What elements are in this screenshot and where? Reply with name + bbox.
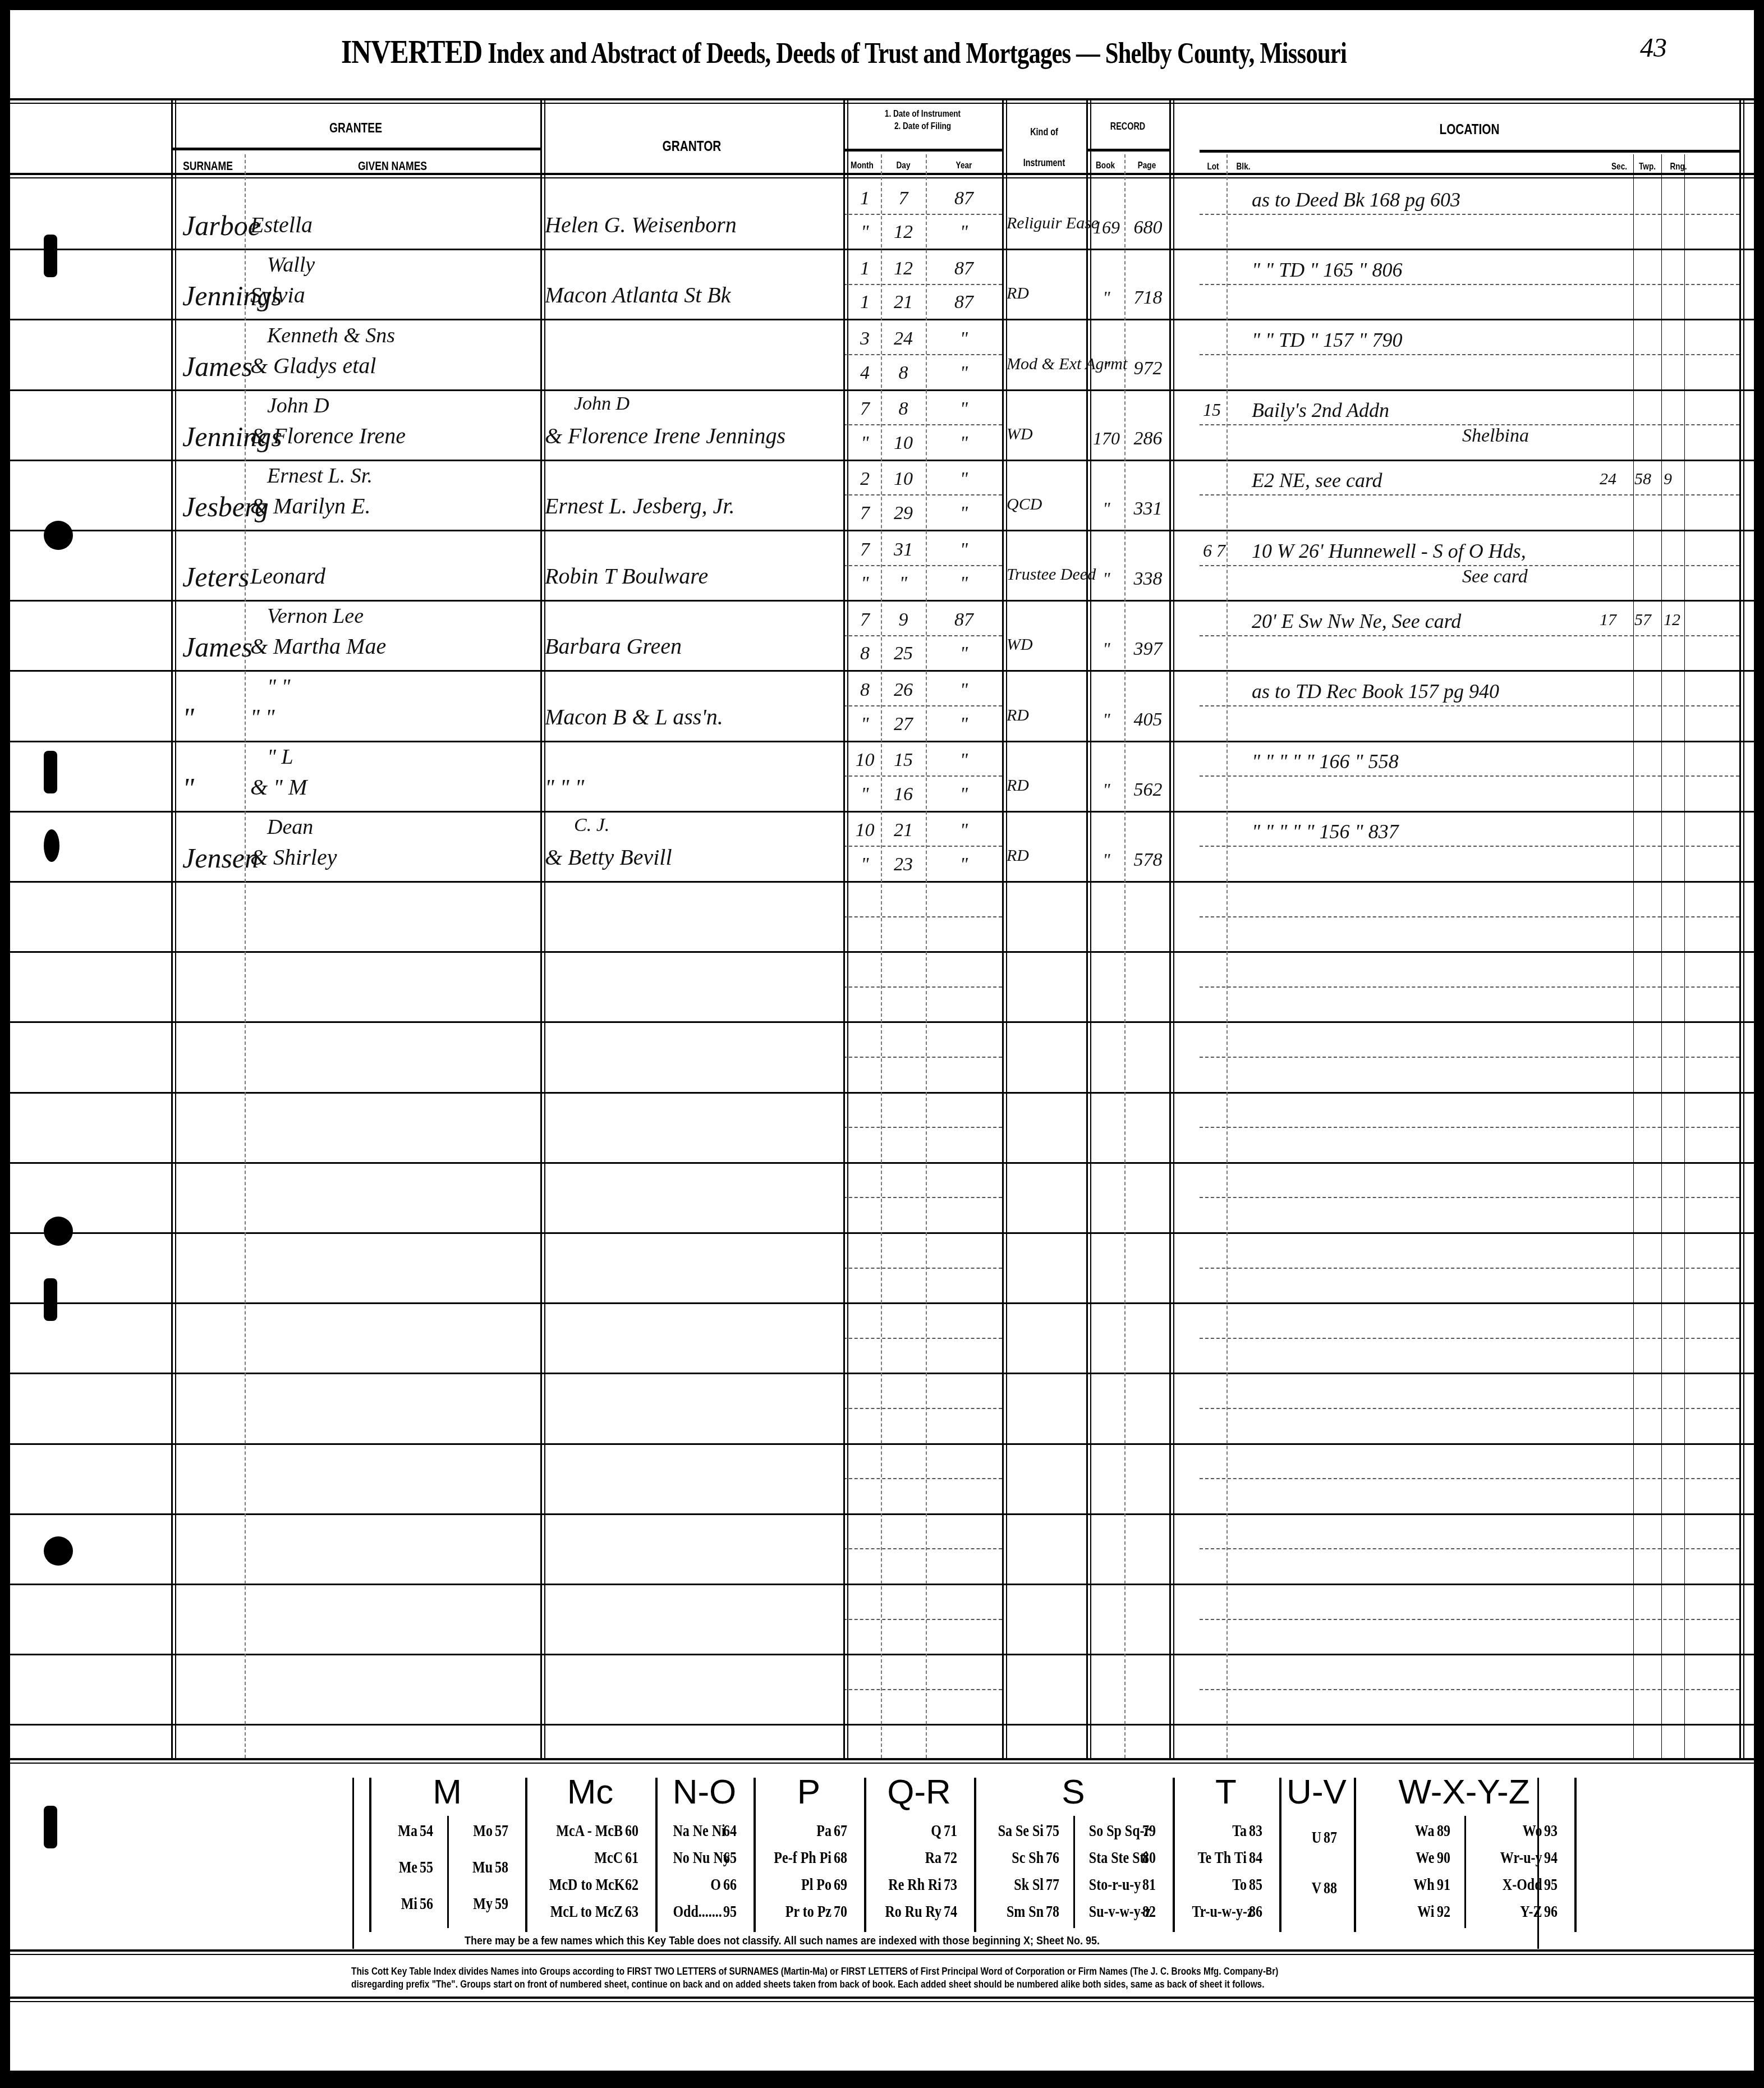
header-bottom-rule [10,173,1754,175]
dashed-line [843,1338,1002,1339]
date-instrument-year: 87 [926,188,1002,209]
key-group-letter: Q-R [864,1772,974,1812]
footer-line-1: This Cott Key Table Index divides Names … [351,1966,1278,1978]
row-rule [10,1584,1754,1585]
page-title: INVERTED Index and Abstract of Deeds, De… [341,33,1347,71]
key-sheet-number: 69 [834,1875,847,1894]
key-group-letter: W-X-Y-Z [1354,1772,1574,1812]
date-instrument-day: 10 [881,469,926,490]
kind-of-instrument: RD [1007,284,1029,303]
key-subcolumn-divider [1073,1816,1075,1928]
date-filing-day: 27 [881,714,926,735]
date-filing-day: " [881,573,926,594]
date-instrument-year: " [926,750,1002,771]
header-month: Month [847,160,878,171]
grantee-given-names: Estella [250,212,313,238]
key-sheet-number: 81 [1142,1875,1156,1894]
date-instrument-month: 10 [849,820,881,841]
column-line [1090,98,1091,1758]
row-rule [10,951,1754,953]
key-entry-label: McD to McK [549,1875,623,1894]
key-group-letter: U-V [1279,1772,1354,1812]
punch-hole [44,1217,73,1246]
date-filing-day: 29 [881,503,926,524]
header-location: LOCATION [1253,121,1685,138]
kind-of-instrument: Trustee Deed [1007,565,1096,584]
dashed-line [843,1268,1002,1269]
key-sheet-number: 66 [723,1875,737,1894]
key-entry-label: Pr to Pz [774,1902,832,1921]
kind-of-instrument: WD [1007,425,1033,444]
key-entry-label: So Sp Sq-r [1089,1821,1140,1841]
header-grantee: GRANTEE [208,121,503,136]
row-rule [10,1513,1754,1515]
grantee-given-name-line1: Wally [267,253,315,277]
dashed-line [843,494,1002,495]
key-sheet-number: 55 [420,1858,433,1877]
grantee-rule [171,148,540,150]
column-line [1169,98,1171,1758]
date-instrument-day: 21 [881,820,926,841]
column-line [1661,154,1662,1758]
dashed-line [843,1057,1002,1058]
footer-rule [10,2001,1754,2002]
key-sheet-number: 61 [625,1848,638,1867]
column-line [540,98,542,1758]
dashed-line [1200,775,1739,777]
date-filing-month: 4 [849,362,881,384]
grantee-given-name-line1: Ernest L. Sr. [267,464,373,488]
key-sheet-number: 67 [834,1821,847,1841]
date-instrument-day: 8 [881,398,926,420]
header-given-names: GIVEN NAMES [274,159,511,173]
grantee-surname: Jensen [182,842,259,874]
key-entry-label: Wh [1375,1875,1435,1894]
dashed-line [1200,635,1739,636]
record-book: " [1087,287,1126,308]
dashed-line [843,1619,1002,1620]
dashed-column-line [245,154,246,1758]
key-entry-label: Pa [774,1821,832,1841]
date-instrument-month: 1 [849,258,881,279]
key-sheet-number: 90 [1437,1848,1450,1867]
key-sheet-number: 57 [495,1821,508,1841]
key-entry-label: McC [549,1848,623,1867]
key-entry-label: Wa [1375,1821,1435,1841]
key-entry-label: Pl Po [774,1875,832,1894]
date-filing-day: 10 [881,433,926,454]
grantor-name: Robin T Boulware [545,563,708,589]
grantee-given-names: & Florence Irene [250,423,406,449]
date-filing-day: 21 [881,292,926,313]
key-sheet-number: 63 [625,1902,638,1921]
location-description: 20' E Sw Nw Ne, See card [1252,609,1461,633]
date-filing-day: 16 [881,784,926,805]
column-line [1684,154,1685,1758]
key-group-letter: Mc [525,1772,655,1812]
kind-of-instrument: RD [1007,706,1029,725]
key-entry-label: Wr-u-y [1482,1848,1542,1867]
row-rule [10,389,1754,391]
dashed-line [1200,1408,1739,1409]
dashed-line [1200,1548,1739,1549]
grantee-surname: Jeters [182,561,249,593]
footer-line-2: disregarding prefix "The". Groups start … [351,1979,1264,1991]
grantee-surname: " [182,772,194,804]
dashed-line [1200,1197,1739,1198]
row-rule [10,1162,1754,1164]
column-line [175,98,176,1758]
date-instrument-year: " [926,328,1002,350]
key-sheet-number: 80 [1142,1848,1156,1867]
dashed-line [1200,1619,1739,1620]
grantee-given-name-line1: John D [267,393,329,418]
key-sheet-number: 62 [625,1875,638,1894]
dashed-line [1200,986,1739,988]
key-entry-label: Sc Sh [993,1848,1044,1867]
key-sheet-number: 83 [1249,1821,1262,1841]
header-day: Day [885,160,921,171]
grantee-surname: James [182,631,252,663]
header-lot: Lot [1202,161,1224,172]
dashed-line [1200,1338,1739,1339]
punch-hole [44,751,57,793]
grantee-given-names: & Marilyn E. [250,493,370,519]
date-instrument-day: 26 [881,680,926,701]
grantee-given-names: Sylvia [250,282,305,308]
date-filing-day: 8 [881,362,926,384]
dashed-line [843,1408,1002,1409]
key-entry-label: McL to McZ [549,1902,623,1921]
row-rule [10,249,1754,250]
record-book: " [1087,639,1126,659]
key-entry-label: Su-v-w-y-z [1089,1902,1140,1921]
location-township: 57 [1634,611,1651,630]
date-filing-day: 23 [881,854,926,875]
kind-of-instrument: RD [1007,776,1029,795]
header-rng: Rng. [1665,161,1692,172]
dashed-line [843,986,1002,988]
key-sheet-number: 72 [944,1848,957,1867]
row-rule [10,600,1754,602]
record-page: 718 [1126,287,1170,309]
key-entry-label: Sta Ste Sti [1089,1848,1140,1867]
row-rule [10,1302,1754,1304]
punch-hole [44,1536,73,1566]
row-rule [10,1443,1754,1445]
grantor-name-line1: C. J. [574,815,609,836]
record-page: 562 [1126,779,1170,801]
grantor-name: Barbara Green [545,633,682,659]
key-group-divider [1574,1778,1577,1932]
key-entry-label: Tr-u-w-y-z [1192,1902,1247,1921]
grantee-given-names: & Martha Mae [250,633,386,659]
date-filing-year: " [926,503,1002,524]
column-line [1743,98,1744,1758]
date-instrument-day: 7 [881,188,926,209]
key-sheet-number: 86 [1249,1902,1262,1921]
record-book: " [1087,498,1126,519]
grantee-surname: James [182,350,252,383]
dashed-line [843,846,1002,847]
location-description: " " TD " 165 " 806 [1252,258,1403,282]
record-book: " [1087,779,1126,800]
column-line [1173,98,1174,1758]
location-description: as to TD Rec Book 157 pg 940 [1252,680,1499,703]
key-entry-label: U [1292,1828,1321,1847]
key-sheet-number: 87 [1324,1828,1337,1847]
key-sheet-number: 60 [625,1821,638,1841]
grantee-given-name-line1: " " [267,674,290,699]
record-book: " [1087,709,1126,730]
date-instrument-month: 8 [849,680,881,701]
header-surname: SURNAME [178,159,237,173]
row-rule [10,1092,1754,1094]
location-description: as to Deed Bk 168 pg 603 [1252,188,1460,212]
location-lot: 15 [1203,400,1221,420]
row-rule [10,460,1754,461]
dashed-line [1200,284,1739,285]
date-filing-year: " [926,222,1002,243]
dashed-line [1200,1268,1739,1269]
date-filing-year: " [926,362,1002,384]
header-grantor: GRANTOR [571,137,813,155]
grantor-name: & Florence Irene Jennings [545,423,785,449]
date-filing-month: 8 [849,643,881,664]
record-page: 397 [1126,639,1170,660]
location-description: E2 NE, see card [1252,469,1382,492]
key-sheet-number: 85 [1249,1875,1262,1894]
kind-of-instrument: RD [1007,846,1029,865]
location-description: 10 W 26' Hunnewell - S of O Hds, [1252,539,1526,563]
key-group-letter: T [1173,1772,1279,1812]
record-book: " [1087,568,1126,589]
header-blk: Blk. [1230,161,1257,172]
grantor-name: Macon Atlanta St Bk [545,282,731,308]
column-line [1086,98,1088,1758]
key-entry-label: My [458,1894,493,1913]
dashed-line [1200,1127,1739,1128]
grantor-name: Macon B & L ass'n. [545,704,723,730]
key-entry-label: V [1292,1879,1321,1898]
title-text: Index and Abstract of Deeds, Deeds of Tr… [482,38,1346,70]
key-entry-label: Te Th Ti [1192,1848,1247,1867]
grantee-given-name-line1: Vernon Lee [267,604,364,628]
key-entry-label: Sk Sl [993,1875,1044,1894]
key-group-letter: M [369,1772,525,1812]
key-entry-label: Mi [383,1894,417,1913]
dashed-line [843,354,1002,355]
location-section: 17 [1600,611,1616,630]
row-rule [10,670,1754,672]
row-rule [10,741,1754,742]
key-sheet-number: 88 [1324,1879,1337,1898]
dashed-column-line [926,154,927,1758]
ledger-page: INVERTED Index and Abstract of Deeds, De… [10,10,1754,2071]
row-rule [10,319,1754,320]
key-entry-label: To [1192,1875,1247,1894]
location-description: Baily's 2nd Addn [1252,398,1389,422]
key-entry-label: Mo [458,1821,493,1841]
key-sheet-number: 74 [944,1902,957,1921]
dashed-column-line [1124,154,1126,1758]
key-sheet-number: 58 [495,1858,508,1877]
location-section: 24 [1600,470,1616,489]
dashed-line [1200,354,1739,355]
key-entry-label: Me [383,1858,417,1877]
column-line [1739,98,1741,1758]
key-group-letter: N-O [655,1772,754,1812]
key-entry-label: Odd....... [673,1902,721,1921]
dashed-line [843,635,1002,636]
key-sheet-number: 79 [1142,1821,1156,1841]
column-line [1002,98,1004,1758]
key-sheet-number: 96 [1544,1902,1558,1921]
dashed-line [1200,916,1739,917]
grantee-given-name-line1: Kenneth & Sns [267,323,395,348]
key-sheet-number: 68 [834,1848,847,1867]
record-book: 170 [1087,428,1126,449]
date-filing-year: 87 [926,292,1002,313]
key-sheet-number: 95 [1544,1875,1558,1894]
dashed-line [1200,494,1739,495]
location-description: " " " " " 166 " 558 [1252,750,1399,773]
kind-of-instrument: WD [1007,635,1033,654]
key-entry-label: X-Odd [1482,1875,1542,1894]
grantee-given-names: " " [250,704,275,730]
key-sheet-number: 91 [1437,1875,1450,1894]
row-rule [10,1232,1754,1234]
header-sec: Sec. [1608,161,1630,172]
grantee-surname: " [182,701,194,734]
header-top-rule [10,103,1754,104]
key-entry-label: Sto-r-u-y [1089,1875,1140,1894]
date-filing-month: " [849,573,881,594]
grantee-given-names: Leonard [250,563,325,589]
date-filing-month: " [849,784,881,805]
date-instrument-month: 3 [849,328,881,350]
date-filing-day: 25 [881,643,926,664]
date-filing-month: " [849,714,881,735]
key-entry-label: We [1375,1848,1435,1867]
date-instrument-month: 7 [849,398,881,420]
grantor-name: & Betty Bevill [545,844,672,870]
grantee-given-name-line1: Dean [267,815,313,839]
key-sheet-number: 92 [1437,1902,1450,1921]
date-instrument-month: 7 [849,609,881,631]
date-instrument-day: 9 [881,609,926,631]
key-entry-label: Ro Ru Ry [884,1902,941,1921]
date-instrument-year: " [926,469,1002,490]
key-sheet-number: 76 [1046,1848,1059,1867]
date-instrument-year: 87 [926,609,1002,631]
key-sheet-number: 94 [1544,1848,1558,1867]
punch-hole [44,1806,57,1848]
kind-of-instrument: Religuir Ease [1007,214,1099,233]
date-filing-year: " [926,573,1002,594]
dashed-line [843,775,1002,777]
record-page: 338 [1126,568,1170,590]
date-filing-year: " [926,643,1002,664]
punch-hole [44,829,59,862]
dashed-line [843,424,1002,425]
header-year: Year [934,160,995,171]
location-township: 58 [1634,470,1651,489]
record-page: 972 [1126,358,1170,379]
page-number: 43 [1640,33,1667,63]
record-book: " [1087,850,1126,870]
dashed-line [843,1689,1002,1690]
date-filing-year: " [926,784,1002,805]
key-group-letter: P [754,1772,864,1812]
key-entry-label: Ta [1192,1821,1247,1841]
row-rule [10,881,1754,883]
key-sheet-number: 75 [1046,1821,1059,1841]
header-page: Page [1129,160,1165,171]
column-line [544,98,545,1758]
grantee-given-names: & Gladys etal [250,352,376,379]
key-sheet-number: 70 [834,1902,847,1921]
record-page: 578 [1126,850,1170,871]
record-page: 405 [1126,709,1170,731]
date-instrument-day: 15 [881,750,926,771]
grantor-name: " " " [545,774,584,800]
key-entry-label: Ra [884,1848,941,1867]
dashed-line [1200,705,1739,706]
header-bottom-rule [10,177,1754,178]
date-instrument-month: 2 [849,469,881,490]
key-subcolumn-divider [447,1816,449,1928]
grantor-name: Ernest L. Jesberg, Jr. [545,493,734,519]
key-sheet-number: 84 [1249,1848,1262,1867]
location-lot: 6 7 [1203,540,1225,561]
dashed-line [843,1197,1002,1198]
date-filing-month: " [849,433,881,454]
date-instrument-year: " [926,539,1002,561]
key-sheet-number: 89 [1437,1821,1450,1841]
date-instrument-month: 10 [849,750,881,771]
date-filing-month: " [849,222,881,243]
date-filing-month: " [849,854,881,875]
grantee-given-names: & Shirley [250,844,337,870]
date-filing-day: 12 [881,222,926,243]
record-book: 169 [1087,217,1126,238]
key-sheet-number: 95 [723,1902,737,1921]
key-table-left-border [352,1778,354,1949]
grantee-surname: Jarboe [182,209,260,242]
dashed-line [843,284,1002,285]
punch-hole [44,521,73,550]
key-table-footnote: There may be a few names which this Key … [465,1935,1100,1948]
key-entry-label: O [673,1875,721,1894]
key-sheet-number: 93 [1544,1821,1558,1841]
grantor-name-line1: John D [574,393,630,415]
key-sheet-number: 82 [1142,1902,1156,1921]
date-instrument-day: 31 [881,539,926,561]
dashed-column-line [881,154,882,1758]
location-description-line2: Shelbina [1462,425,1529,447]
key-entry-label: Wi [1375,1902,1435,1921]
dashed-line [1200,1478,1739,1479]
row-rule [10,811,1754,813]
key-entry-label: Pe-f Ph Pi [774,1848,832,1867]
header-kind-of: Kind of [1010,126,1078,138]
key-entry-label: McA - McB [549,1821,623,1841]
title-inverted: INVERTED [341,33,482,70]
date-instrument-day: 24 [881,328,926,350]
header-date-filing: 2. Date of Filing [859,121,986,132]
date-filing-year: " [926,714,1002,735]
